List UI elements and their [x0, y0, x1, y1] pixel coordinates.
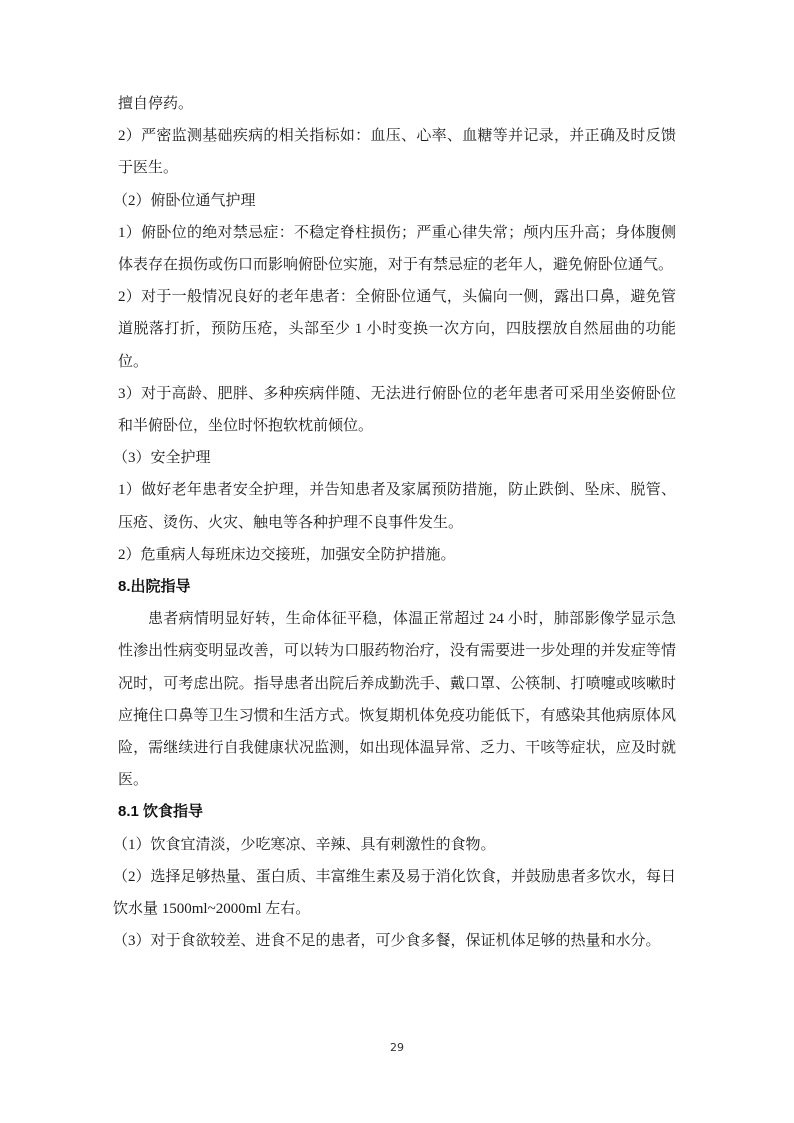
- paragraph-discharge-guidance: 患者病情明显好转，生命体征平稳，体温正常超过 24 小时，肺部影像学显示急性渗出…: [118, 603, 676, 796]
- paragraph-shift-handover: 2）危重病人每班床边交接班，加强安全防护措施。: [118, 539, 676, 571]
- paragraph-diet-small-meals: （3）对于食欲较差、进食不足的患者，可少食多餐，保证机体足够的热量和水分。: [113, 925, 676, 957]
- paragraph-seated-prone: 3）对于高龄、肥胖、多种疾病伴随、无法进行俯卧位的老年患者可采用坐姿俯卧位和半俯…: [118, 378, 676, 442]
- document-page: 擅自停药。 2）严密监测基础疾病的相关指标如：血压、心率、血糖等并记录，并正确及…: [118, 88, 676, 957]
- paragraph-diet-light: （1）饮食宜清淡，少吃寒凉、辛辣、具有刺激性的食物。: [113, 829, 676, 861]
- subheading-safety-care: （3）安全护理: [113, 442, 676, 474]
- paragraph-monitor-indicators: 2）严密监测基础疾病的相关指标如：血压、心率、血糖等并记录，并正确及时反馈于医生…: [118, 120, 676, 184]
- paragraph-full-prone: 2）对于一般情况良好的老年患者：全俯卧位通气，头偏向一侧，露出口鼻，避免管道脱落…: [118, 281, 676, 378]
- paragraph-diet-nutrition: （2）选择足够热量、蛋白质、丰富维生素及易于消化饮食，并鼓励患者多饮水，每日饮水…: [113, 861, 676, 925]
- paragraph-continuation: 擅自停药。: [118, 88, 676, 120]
- subheading-prone-ventilation: （2）俯卧位通气护理: [113, 185, 676, 217]
- section-heading-discharge: 8.出院指导: [118, 571, 676, 603]
- paragraph-prone-contraindications: 1）俯卧位的绝对禁忌症：不稳定脊柱损伤；严重心律失常；颅内压升高；身体腹侧体表存…: [118, 217, 676, 281]
- page-number: 29: [0, 1041, 794, 1054]
- paragraph-safety-measures: 1）做好老年患者安全护理，并告知患者及家属预防措施，防止跌倒、坠床、脱管、压疮、…: [118, 474, 676, 538]
- section-heading-diet: 8.1 饮食指导: [118, 796, 676, 828]
